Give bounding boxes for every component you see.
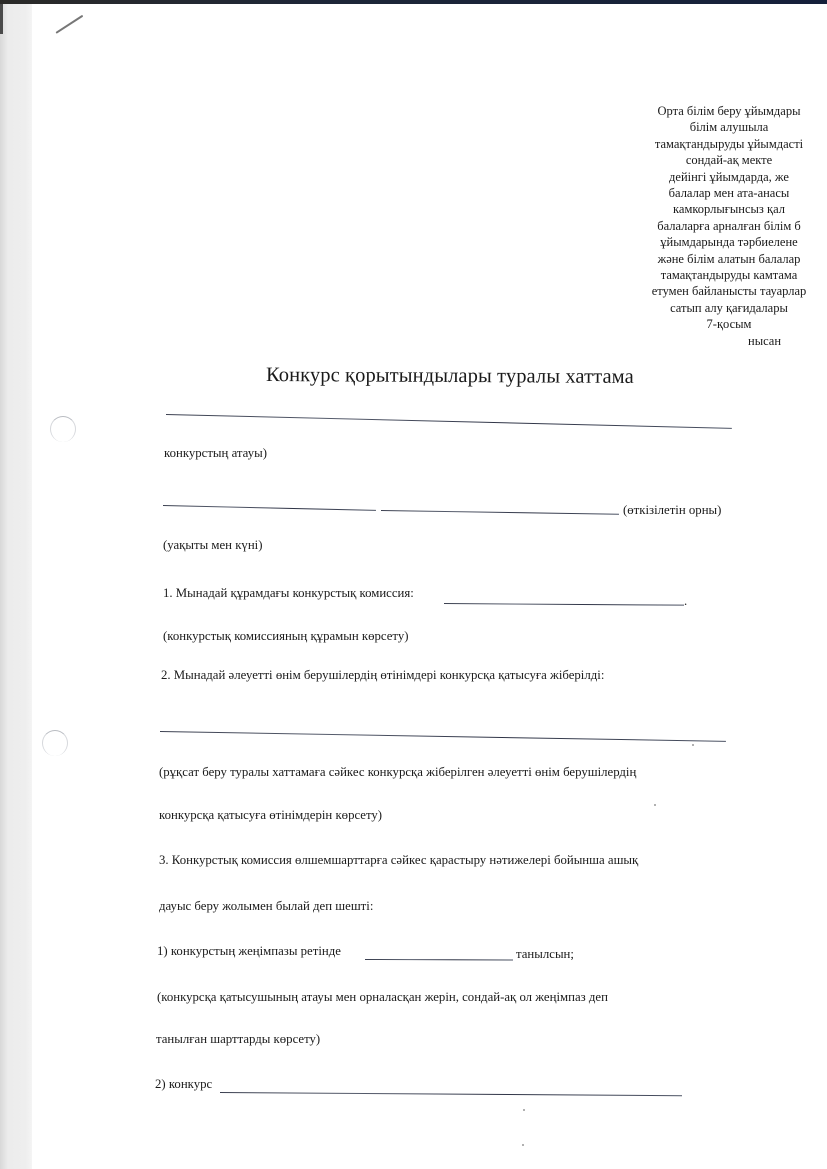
- annex-line: ұйымдарында тәрбиелене: [629, 234, 827, 250]
- winner-blank: [365, 959, 513, 961]
- item-1-caption: (конкурстық комиссияның құрамын көрсету): [163, 629, 409, 644]
- annex-line: Орта білім беру ұйымдары: [629, 103, 827, 119]
- annex-line: сондай-ақ мекте: [629, 152, 827, 168]
- contest-name-blank: [166, 414, 732, 429]
- scan-speck: [692, 744, 694, 746]
- document-title: Конкурс қорытындылары туралы хаттама: [266, 364, 634, 389]
- sub-1-caption-1: (конкурсқа қатысушының атауы мен орналас…: [157, 990, 608, 1005]
- annex-line: балаларға арналған білім б: [629, 218, 827, 234]
- annex-line: 7-қосым: [629, 316, 827, 332]
- sub-2-prefix: 2) конкурс: [155, 1077, 212, 1092]
- annex-line: камкорлығынсыз қал: [629, 201, 827, 217]
- scan-top-border: [0, 0, 827, 4]
- item-2-caption-2: конкурсқа қатысуға өтінімдерін көрсету): [159, 808, 382, 823]
- scan-speck: [522, 1144, 524, 1146]
- contest-name-caption: конкурстың атауы): [164, 446, 267, 461]
- punch-hole-icon: [50, 416, 76, 442]
- annex-line: сатып алу қағидалары: [629, 300, 827, 316]
- annex-line: тамақтандыруды камтама: [629, 267, 827, 283]
- annex-line: етумен байланысты тауарлар: [629, 283, 827, 299]
- scan-left-margin: [0, 4, 32, 1169]
- sub-1-suffix: танылсын;: [516, 947, 574, 962]
- item-2-caption-1: (рұқсат беру туралы хаттамаға сәйкес кон…: [159, 765, 636, 780]
- sub-1-prefix: 1) конкурстың жеңімпазы ретінде: [157, 944, 341, 959]
- annex-line: және білім алатын балалар: [629, 251, 827, 267]
- contest-outcome-blank: [220, 1092, 682, 1097]
- item-2-text: 2. Мынадай әлеуетті өнім берушілердің өт…: [161, 668, 604, 683]
- item-3-text-1: 3. Конкурстық комиссия өлшемшарттарға сә…: [159, 853, 638, 868]
- annex-line: тамақтандыруды ұйымдасті: [629, 136, 827, 152]
- venue-caption: (өткізілетін орны): [623, 503, 721, 518]
- punch-hole-icon: [42, 730, 68, 756]
- sub-1-caption-2: танылған шарттарды көрсету): [156, 1032, 320, 1047]
- venue-blank-1: [163, 505, 376, 511]
- scan-corner-shadow: [0, 4, 3, 34]
- time-date-caption: (уақыты мен күні): [163, 538, 262, 553]
- venue-blank-2: [381, 510, 619, 515]
- scan-speck: [654, 804, 656, 806]
- annex-line: дейінгі ұйымдарда, же: [629, 169, 827, 185]
- scan-speck: [523, 1109, 525, 1111]
- pen-mark: [55, 15, 83, 34]
- applications-blank: [160, 731, 726, 742]
- item-1-end: .: [684, 594, 687, 609]
- form-label: нысан: [748, 334, 781, 349]
- item-3-text-2: дауыс беру жолымен былай деп шешті:: [159, 899, 373, 914]
- item-1-text: 1. Мынадай құрамдағы конкурстық комиссия…: [163, 586, 414, 601]
- annex-line: балалар мен ата-анасы: [629, 185, 827, 201]
- commission-blank: [444, 603, 684, 606]
- annex-header: Орта білім беру ұйымдары білім алушыла т…: [629, 103, 827, 333]
- annex-line: білім алушыла: [629, 119, 827, 135]
